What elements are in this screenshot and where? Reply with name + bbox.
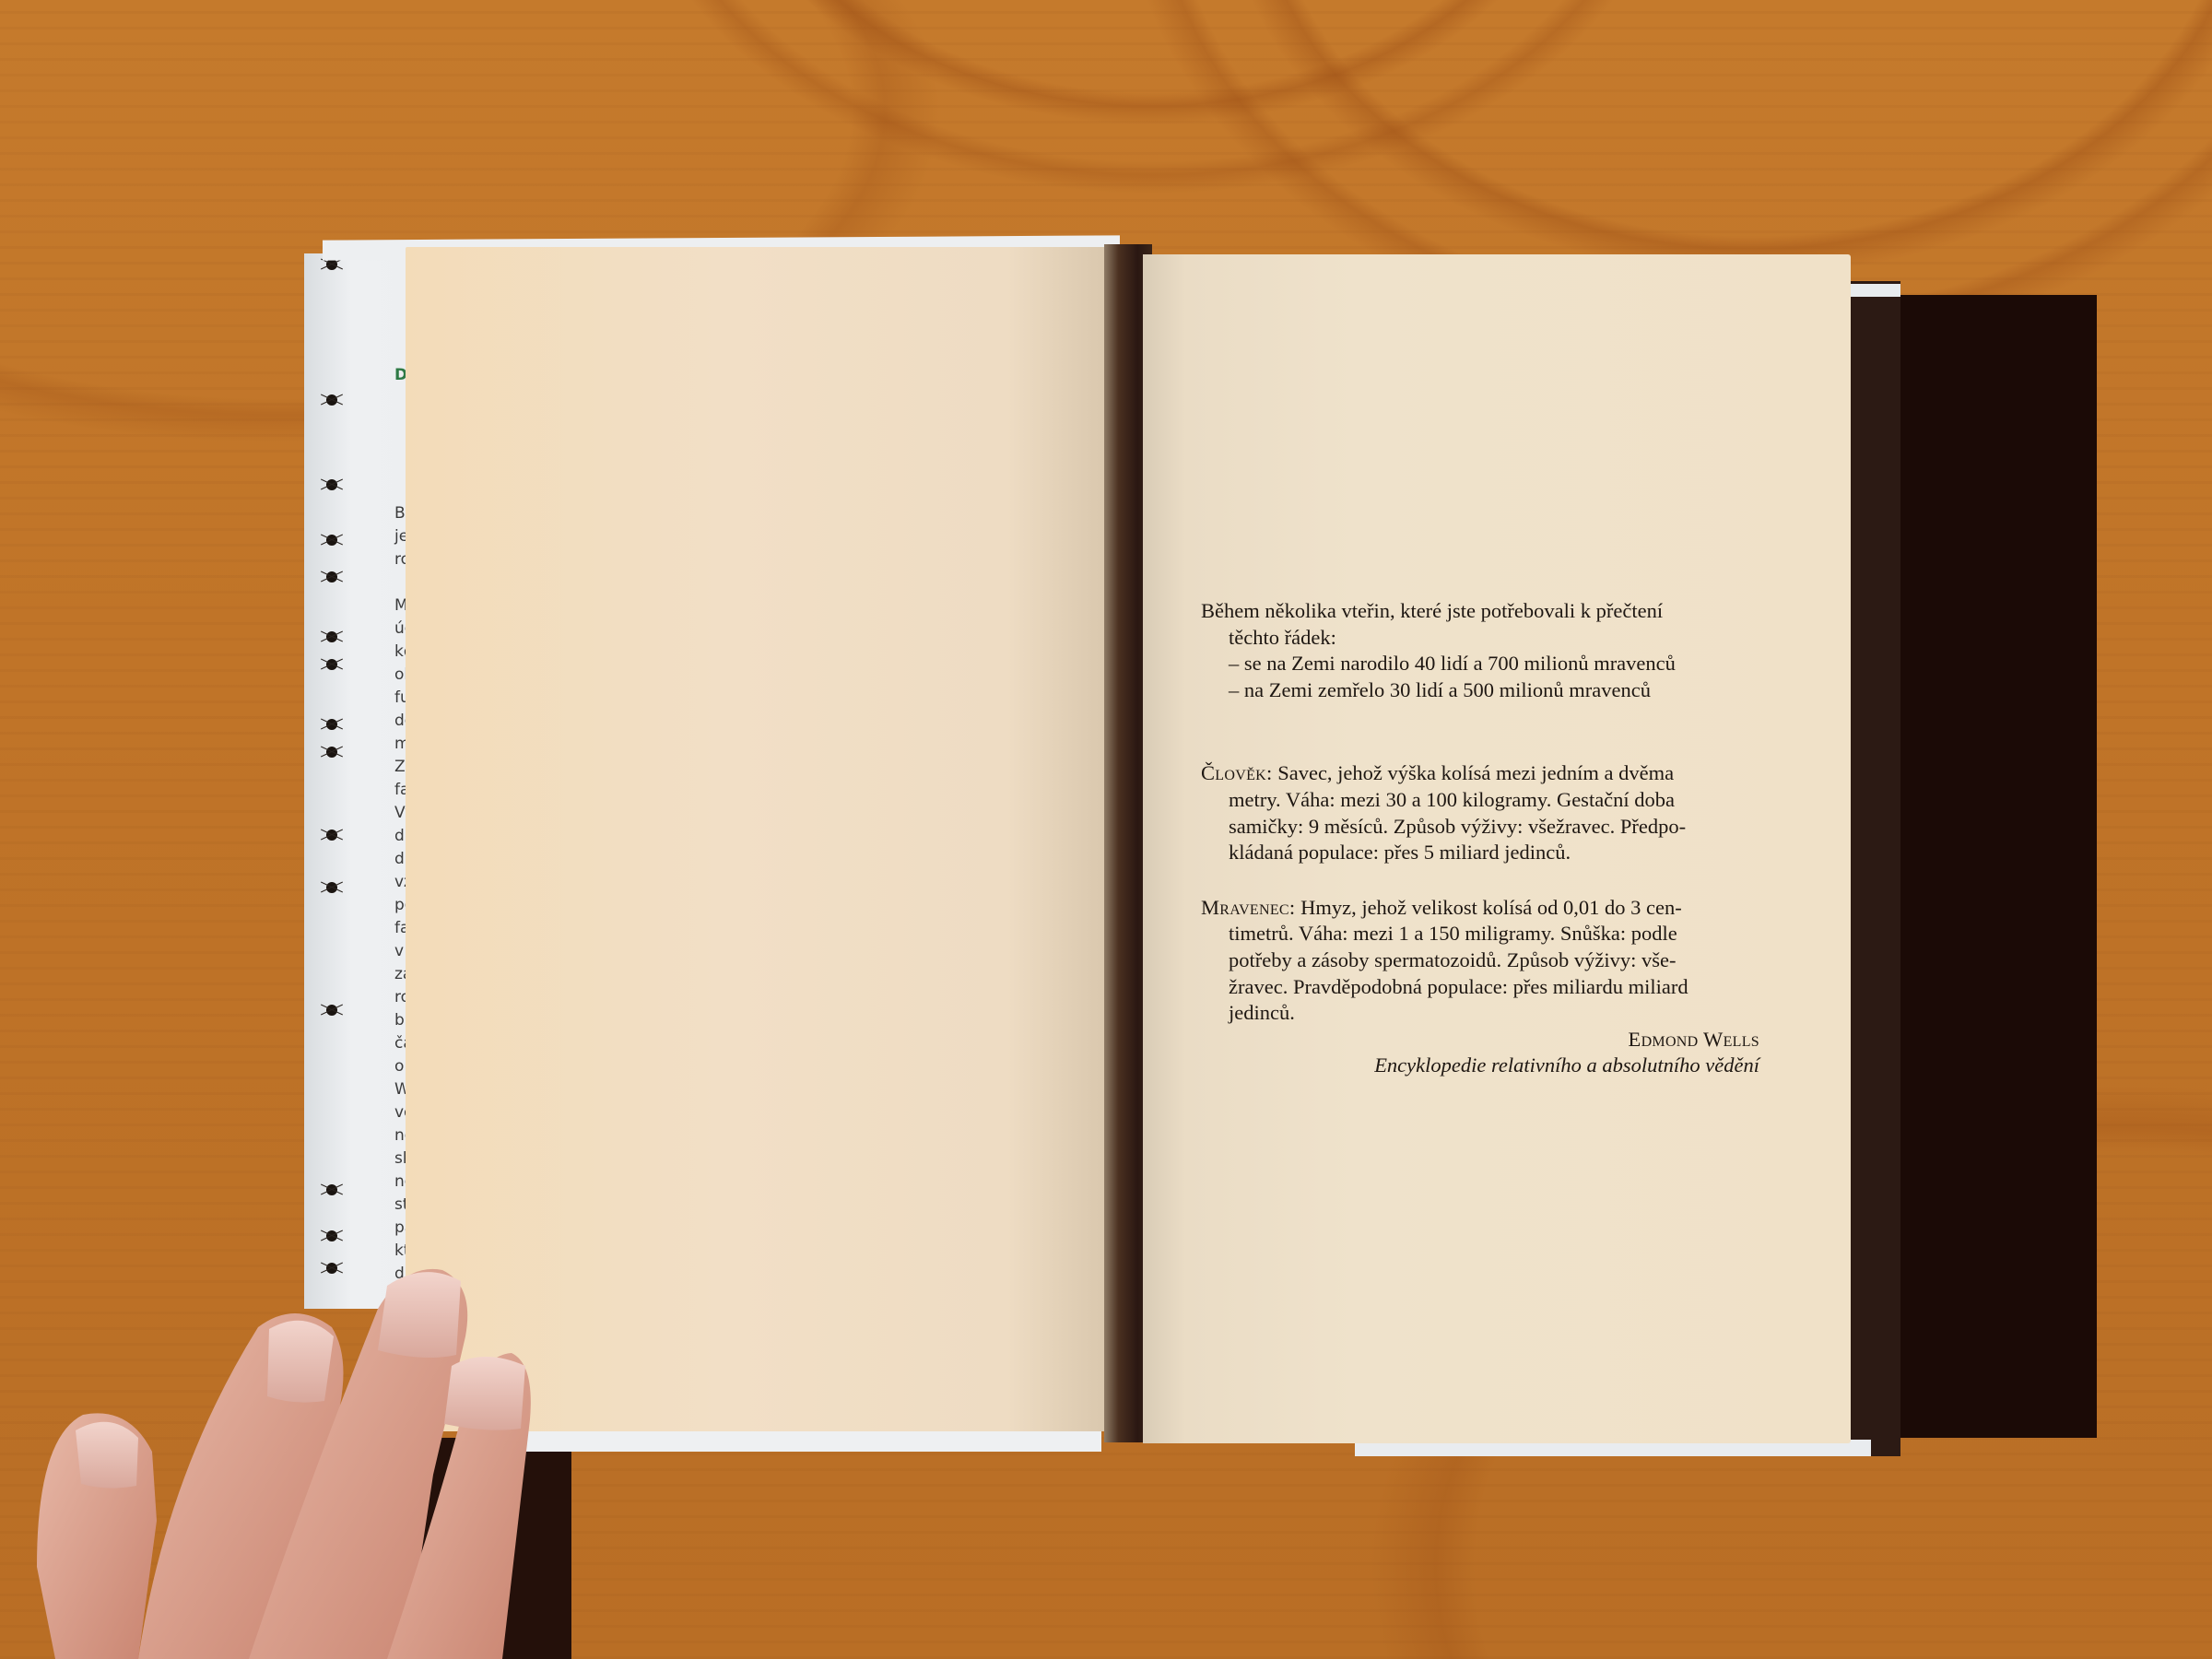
ant-icon: [326, 829, 337, 841]
page-text: Během několika vteřin, které jste potřeb…: [1201, 598, 1759, 1079]
ant-illustrations: [313, 253, 350, 1309]
book-shadow: [1899, 295, 2097, 1438]
entry-line: metry. Váha: mezi 30 a 100 kilogramy. Ge…: [1229, 788, 1675, 811]
intro-item: – na Zemi zemřelo 30 lidí a 500 milionů …: [1201, 677, 1759, 704]
intro-paragraph: Během několika vteřin, které jste potřeb…: [1201, 598, 1759, 651]
ant-icon: [326, 1184, 337, 1195]
ant-icon: [326, 1005, 337, 1016]
entry-line: Savec, jehož výška kolísá mezi jedním a …: [1277, 761, 1674, 784]
ant-icon: [326, 659, 337, 670]
entry-term: Člověk:: [1201, 761, 1273, 784]
entry-line: jedinců.: [1229, 1001, 1295, 1024]
ant-icon: [326, 394, 337, 406]
ant-icon: [326, 719, 337, 730]
left-page[interactable]: [406, 247, 1113, 1431]
signature-author: Edmond Wells: [1201, 1027, 1759, 1053]
entry-line: žravec. Pravděpodobná populace: přes mil…: [1229, 975, 1688, 998]
ant-icon: [326, 535, 337, 546]
ant-icon: [326, 479, 337, 490]
entry-line: timetrů. Váha: mezi 1 a 150 miligramy. S…: [1229, 922, 1677, 945]
ant-icon: [326, 571, 337, 582]
ant-icon: [326, 631, 337, 642]
entry-human: Člověk: Savec, jehož výška kolísá mezi j…: [1201, 760, 1759, 865]
hand-shadow: [387, 1438, 571, 1659]
intro-lead-cont: těchto řádek:: [1229, 626, 1336, 649]
entry-line: kládaná populace: přes 5 miliard jedinců…: [1229, 841, 1571, 864]
entry-line: potřeby a zásoby spermatozoidů. Způsob v…: [1229, 948, 1677, 971]
intro-item: – se na Zemi narodilo 40 lidí a 700 mili…: [1201, 651, 1759, 677]
entry-ant: Mravenec: Hmyz, jehož velikost kolísá od…: [1201, 895, 1759, 1027]
back-cover-top-edge: [1848, 284, 1900, 297]
ant-icon: [326, 747, 337, 758]
ant-icon: [326, 259, 337, 270]
ant-icon: [326, 1230, 337, 1241]
entry-term: Mravenec:: [1201, 896, 1295, 919]
entry-line: Hmyz, jehož velikost kolísá od 0,01 do 3…: [1300, 896, 1682, 919]
right-page: Během několika vteřin, které jste potřeb…: [1143, 254, 1851, 1443]
entry-line: samičky: 9 měsíců. Způsob výživy: všežra…: [1229, 815, 1686, 838]
ant-icon: [326, 1263, 337, 1274]
ant-icon: [326, 882, 337, 893]
signature-work: Encyklopedie relativního a absolutního v…: [1201, 1053, 1759, 1079]
intro-lead: Během několika vteřin, které jste potřeb…: [1201, 599, 1663, 622]
